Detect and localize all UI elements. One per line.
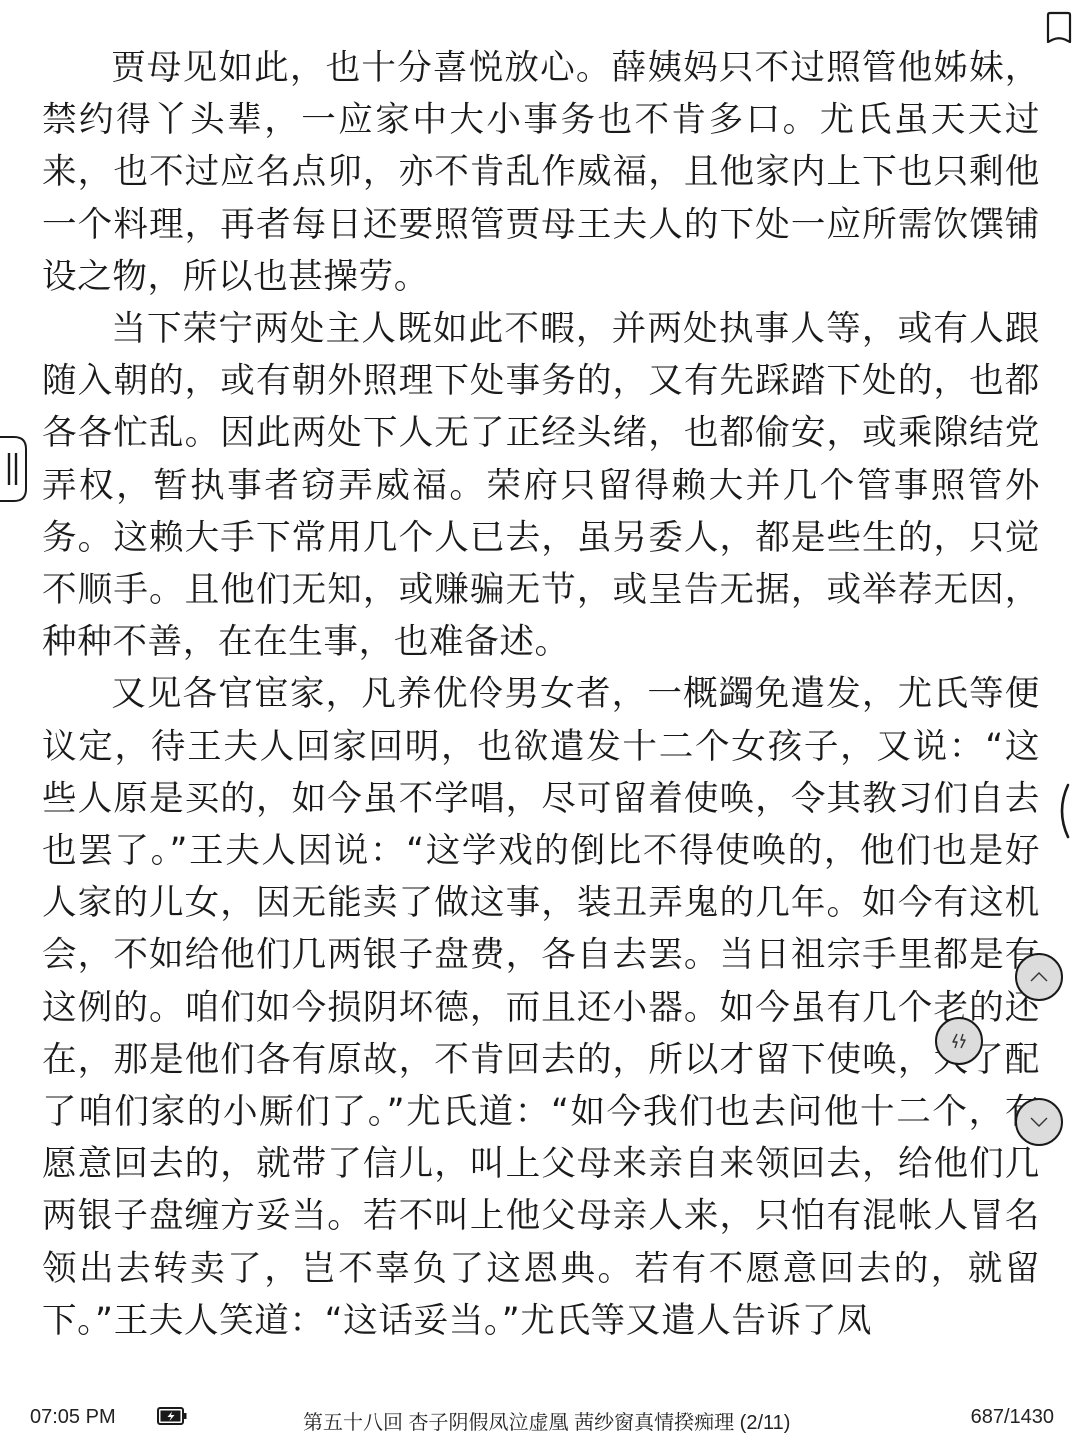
paragraph-3: 又见各官宦家，凡养优伶男女者，一概蠲免遣发，尤氏等便议定，待王夫人回家回明，也欲… bbox=[42, 668, 1040, 1347]
paragraph-2: 当下荣宁两处主人既如此不暇，并两处执事人等，或有人跟随入朝的，或有朝外照理下处事… bbox=[42, 303, 1040, 668]
edge-scroll-arc-icon[interactable] bbox=[1056, 782, 1070, 840]
paragraph-1: 贾母见如此，也十分喜悦放心。薛姨妈只不过照管他姊妹，禁约得丫头辈，一应家中大小事… bbox=[42, 42, 1040, 303]
chevron-down-icon bbox=[1026, 1109, 1052, 1135]
sync-icon bbox=[946, 1028, 972, 1054]
reader-content: 贾母见如此，也十分喜悦放心。薛姨妈只不过照管他姊妹，禁约得丫头辈，一应家中大小事… bbox=[42, 42, 1040, 1347]
page-up-button[interactable] bbox=[1015, 953, 1063, 1001]
page-progress: 687/1430 bbox=[971, 1406, 1054, 1429]
chapter-title: 第五十八回 杏子阴假凤泣虚凰 茜纱窗真情揆痴理 (2/11) bbox=[303, 1406, 790, 1435]
page-down-button[interactable] bbox=[1015, 1098, 1063, 1146]
side-menu-handle-icon[interactable] bbox=[0, 436, 28, 502]
battery-charging-icon bbox=[157, 1407, 187, 1425]
chevron-up-icon bbox=[1026, 964, 1052, 990]
bookmark-icon[interactable] bbox=[1046, 11, 1072, 45]
sync-button[interactable] bbox=[935, 1017, 983, 1065]
status-bar: 07:05 PM 第五十八回 杏子阴假凤泣虚凰 茜纱窗真情揆痴理 (2/11) … bbox=[0, 1398, 1080, 1438]
clock: 07:05 PM bbox=[30, 1406, 116, 1429]
